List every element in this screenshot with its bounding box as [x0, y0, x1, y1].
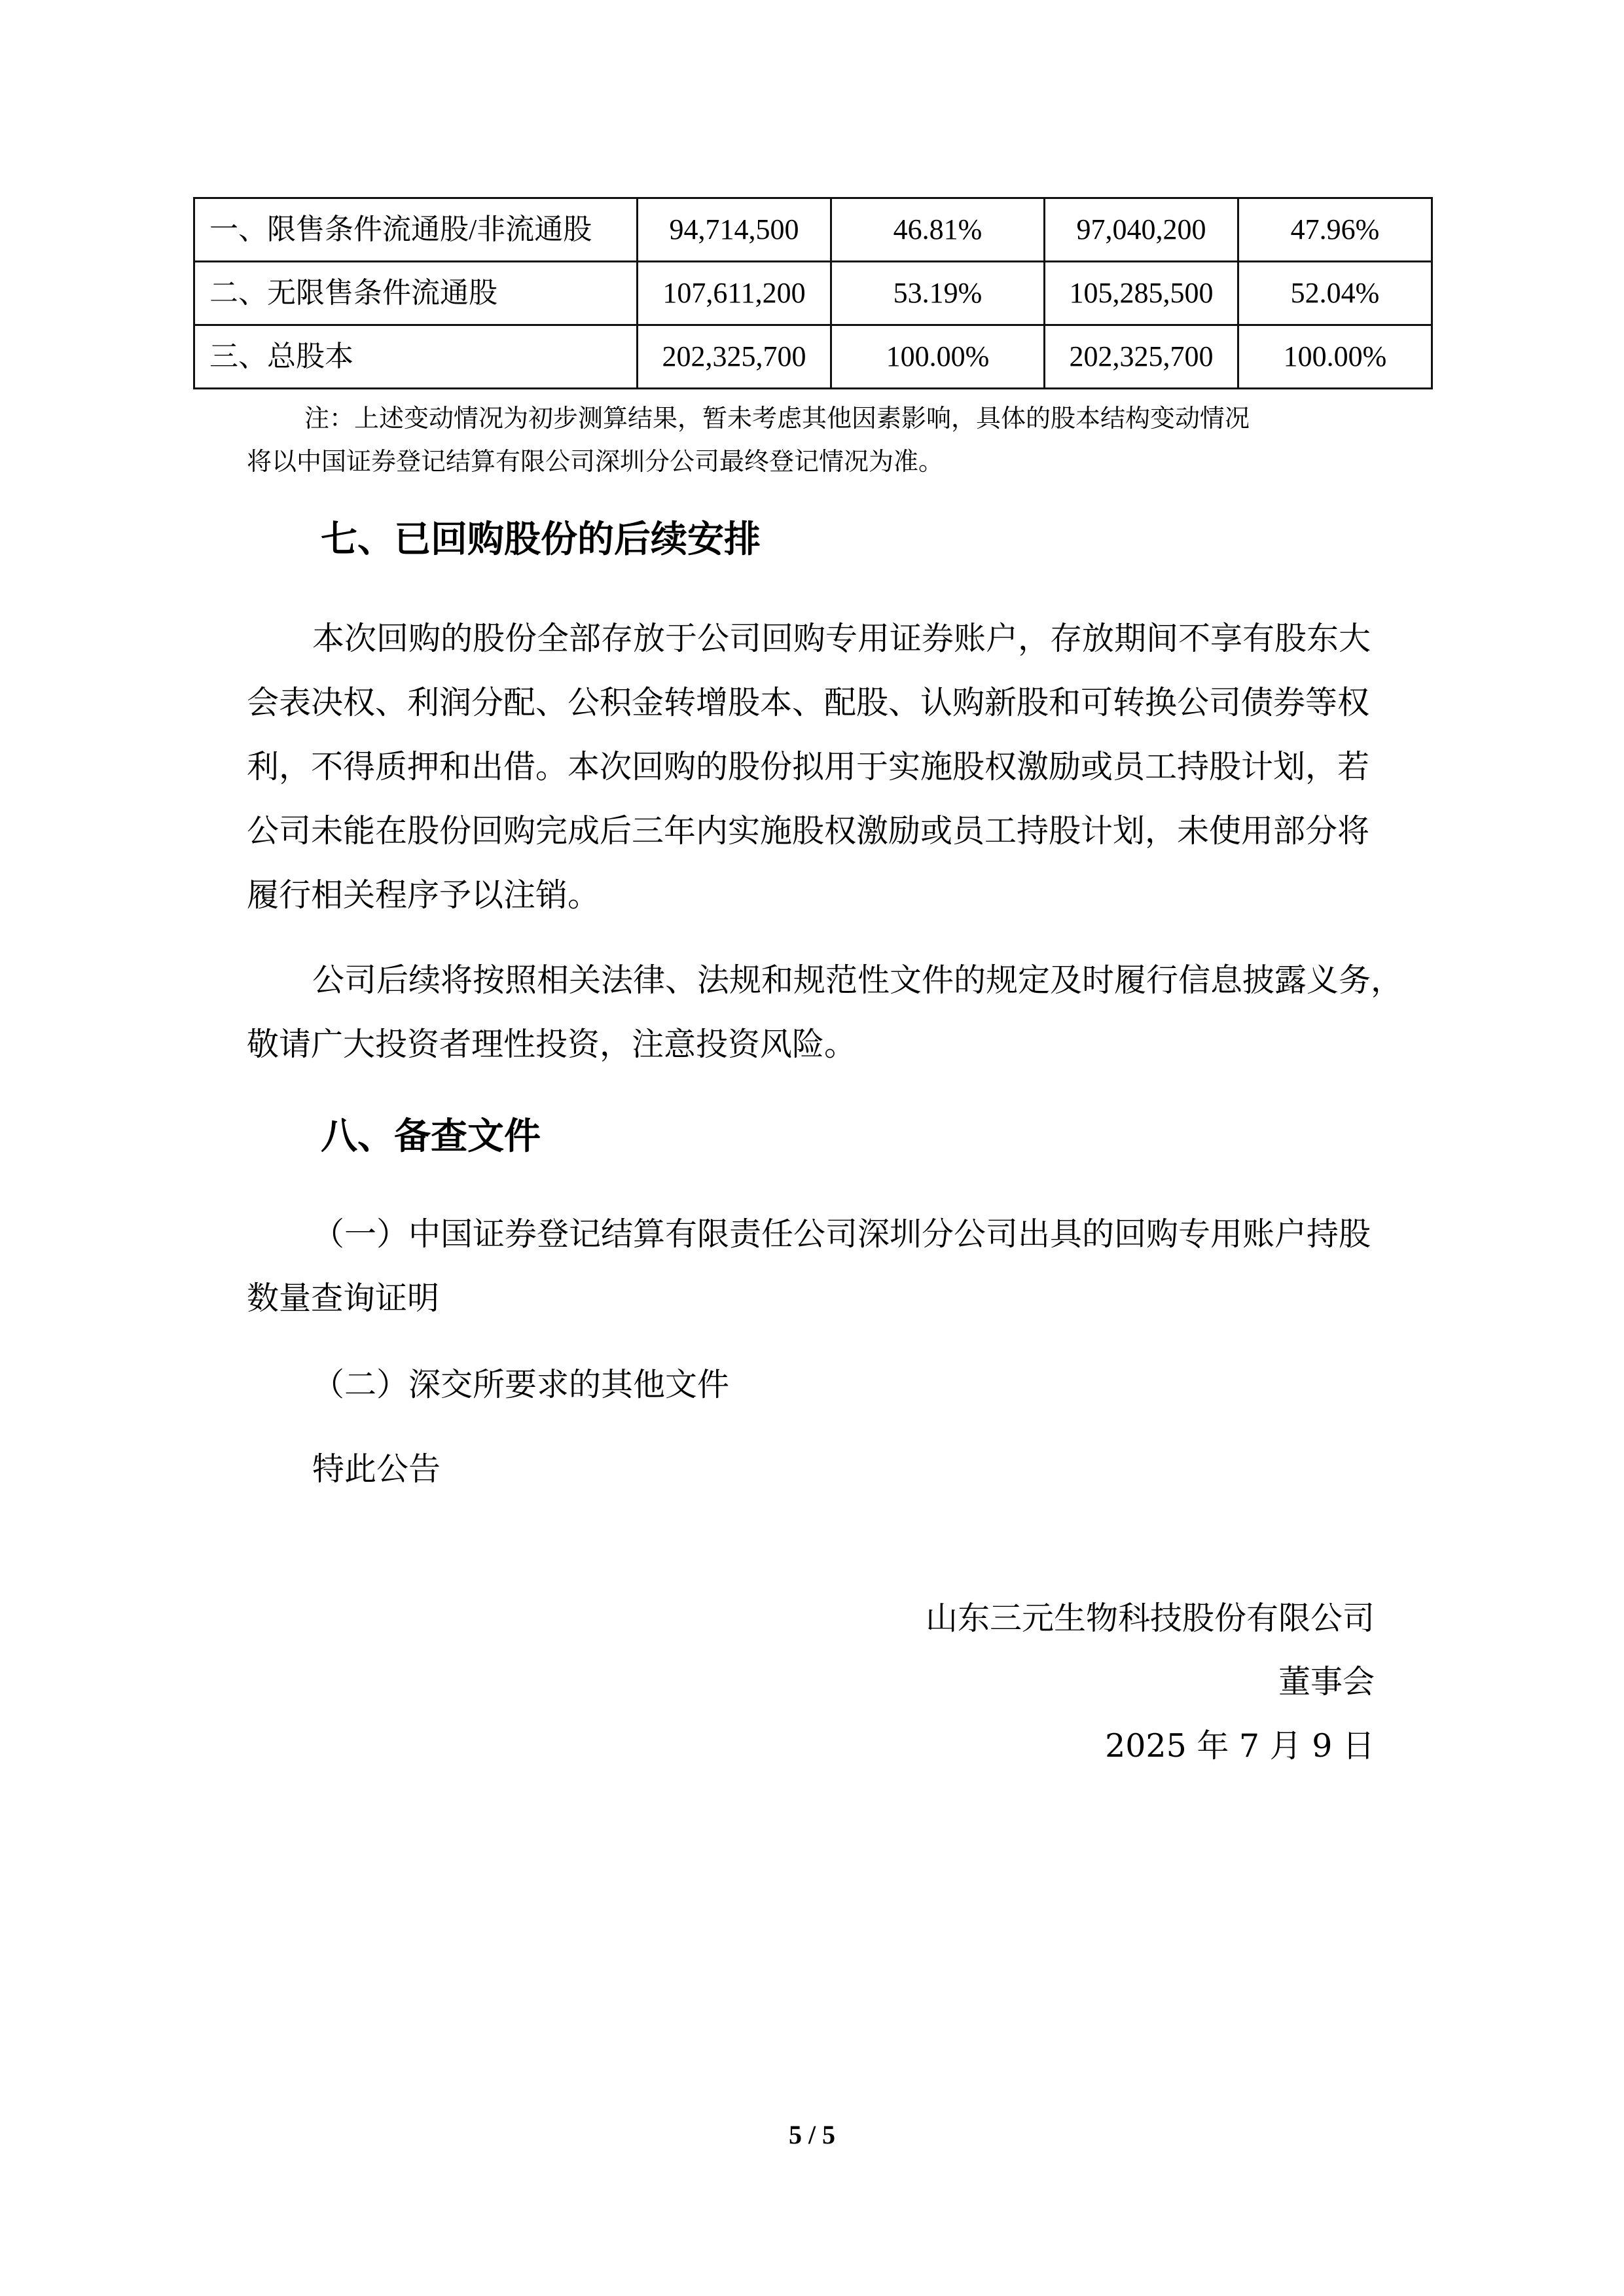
- before-shares: 94,714,500: [638, 198, 831, 262]
- section-8-heading: 八、备查文件: [321, 1114, 541, 1160]
- after-percent: 52.04%: [1238, 262, 1432, 325]
- reference-item-1: （一）中国证券登记结算有限责任公司深圳分公司出具的回购专用账户持股 数量查询证明: [247, 1202, 1386, 1331]
- reference-item-2: （二）深交所要求的其他文件: [247, 1353, 1386, 1417]
- before-percent: 53.19%: [831, 262, 1045, 325]
- table-row: 一、限售条件流通股/非流通股 94,714,500 46.81% 97,040,…: [194, 198, 1432, 262]
- paragraph-line: 敬请广大投资者理性投资，注意投资风险。: [247, 1013, 1386, 1077]
- before-shares: 107,611,200: [638, 262, 831, 325]
- after-percent: 47.96%: [1238, 198, 1432, 262]
- after-shares: 202,325,700: [1045, 325, 1238, 389]
- paragraph-line: 数量查询证明: [247, 1266, 1386, 1331]
- section-7-paragraph-2: 公司后续将按照相关法律、法规和规范性文件的规定及时履行信息披露义务， 敬请广大投…: [247, 948, 1386, 1077]
- paragraph-line: 履行相关程序予以注销。: [247, 863, 1386, 927]
- share-structure-table: 一、限售条件流通股/非流通股 94,714,500 46.81% 97,040,…: [193, 197, 1433, 389]
- row-category: 一、限售条件流通股/非流通股: [194, 198, 638, 262]
- before-percent: 100.00%: [831, 325, 1045, 389]
- note-line: 注：上述变动情况为初步测算结果，暂未考虑其他因素影响，具体的股本结构变动情况: [247, 397, 1386, 440]
- paragraph-line: 本次回购的股份全部存放于公司回购专用证券账户，存放期间不享有股东大: [247, 607, 1386, 671]
- before-percent: 46.81%: [831, 198, 1045, 262]
- row-category: 三、总股本: [194, 325, 638, 389]
- signature-date: 2025 年 7 月 9 日: [1105, 1714, 1375, 1778]
- section-7-heading: 七、已回购股份的后续安排: [321, 517, 761, 563]
- paragraph-line: （一）中国证券登记结算有限责任公司深圳分公司出具的回购专用账户持股: [247, 1202, 1386, 1266]
- note-line: 将以中国证券登记结算有限公司深圳分公司最终登记情况为准。: [247, 440, 1386, 483]
- table-note: 注：上述变动情况为初步测算结果，暂未考虑其他因素影响，具体的股本结构变动情况 将…: [247, 397, 1386, 483]
- before-shares: 202,325,700: [638, 325, 831, 389]
- paragraph-line: 会表决权、利润分配、公积金转增股本、配股、认购新股和可转换公司债券等权: [247, 671, 1386, 735]
- closing-statement: 特此公告: [247, 1437, 1386, 1501]
- paragraph-line: （二）深交所要求的其他文件: [247, 1353, 1386, 1417]
- document-page: 一、限售条件流通股/非流通股 94,714,500 46.81% 97,040,…: [0, 0, 1624, 2296]
- closing-text: 特此公告: [247, 1437, 1386, 1501]
- paragraph-line: 公司后续将按照相关法律、法规和规范性文件的规定及时履行信息披露义务，: [247, 948, 1386, 1013]
- signature-company: 山东三元生物科技股份有限公司: [926, 1587, 1375, 1651]
- table-row: 二、无限售条件流通股 107,611,200 53.19% 105,285,50…: [194, 262, 1432, 325]
- after-shares: 97,040,200: [1045, 198, 1238, 262]
- after-percent: 100.00%: [1238, 325, 1432, 389]
- paragraph-line: 利，不得质押和出借。本次回购的股份拟用于实施股权激励或员工持股计划，若: [247, 735, 1386, 799]
- signature-board: 董事会: [1278, 1650, 1375, 1714]
- section-7-paragraph-1: 本次回购的股份全部存放于公司回购专用证券账户，存放期间不享有股东大 会表决权、利…: [247, 607, 1386, 927]
- row-category: 二、无限售条件流通股: [194, 262, 638, 325]
- after-shares: 105,285,500: [1045, 262, 1238, 325]
- paragraph-line: 公司未能在股份回购完成后三年内实施股权激励或员工持股计划，未使用部分将: [247, 799, 1386, 863]
- table-row: 三、总股本 202,325,700 100.00% 202,325,700 10…: [194, 325, 1432, 389]
- page-number: 5 / 5: [0, 2119, 1624, 2150]
